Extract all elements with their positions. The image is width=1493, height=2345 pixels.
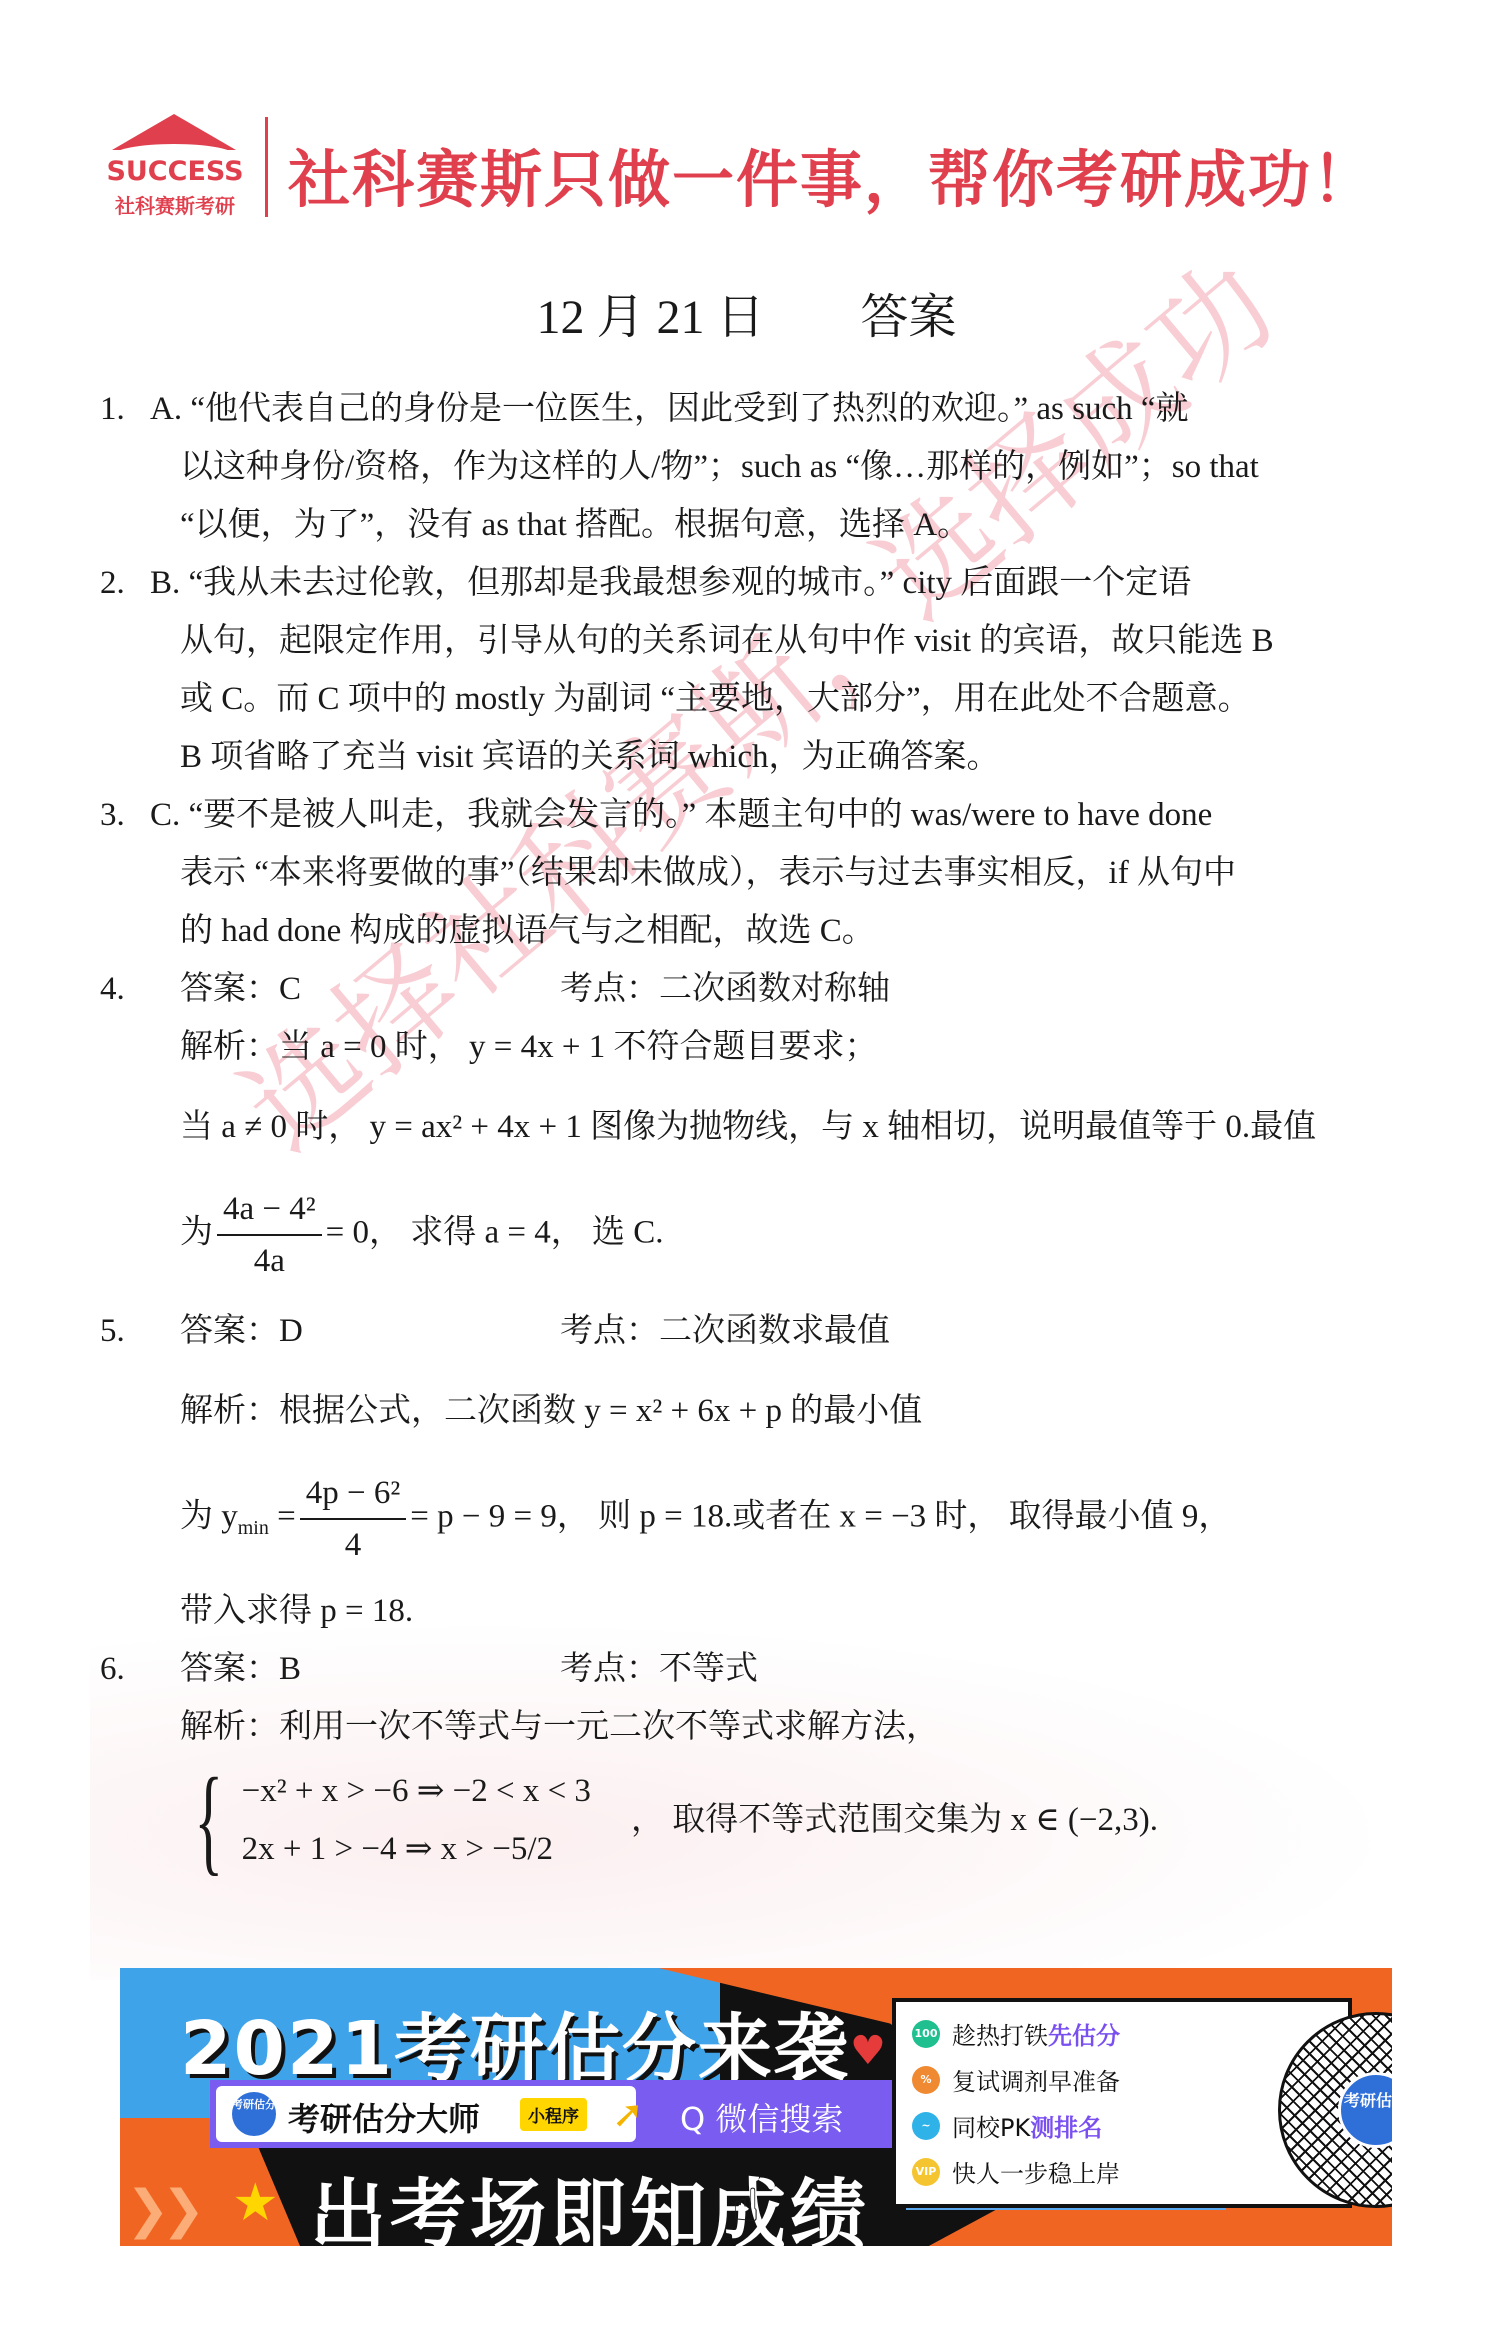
fraction: 4p − 6²4 [300, 1468, 407, 1570]
inequality-system: { −x² + x > −6 ⇒ −2 < x < 3 2x + 1 > −4 … [180, 1762, 1400, 1878]
mini-program-badge: 小程序 [520, 2098, 587, 2131]
analysis-line: 带入求得 p = 18. [180, 1582, 1400, 1640]
feature-text: 趁热打铁 [952, 2016, 1048, 2051]
vip-icon: VIP [912, 2158, 940, 2186]
formula-prefix: 为 [180, 1215, 213, 1251]
text-line: B 项省略了充当 visit 宾语的关系词 which，为正确答案。 [180, 728, 1400, 786]
denominator: 4a [254, 1236, 285, 1286]
page-title: 12 月 21 日 答案 [0, 278, 1493, 347]
app-name: 考研估分大师 [288, 2094, 480, 2140]
text-line: C. “要不是被人叫走，我就会发言的。” 本题主句中的 was/were to … [150, 786, 1400, 844]
system-conclusion: ， 取得不等式范围交集为 x ∈ (−2,3). [631, 1791, 1158, 1849]
trend-icon: ~ [912, 2112, 940, 2140]
formula-suffix: = p − 9 = 9， 则 p = 18.或者在 x = −3 时， 取得最小… [410, 1499, 1231, 1535]
feature-item: % 复试调剂早准备 [912, 2062, 1120, 2097]
feature-item: ~ 同校PK测排名 [912, 2108, 1102, 2143]
question-number: 3. [100, 786, 125, 844]
question-6: 6. 答案：B 考点：不等式 解析：利用一次不等式与一元二次不等式求解方法， {… [100, 1640, 1400, 1878]
question-3: 3. C. “要不是被人叫走，我就会发言的。” 本题主句中的 was/were … [100, 786, 1400, 960]
question-number: 6. [100, 1640, 125, 1698]
question-number: 4. [100, 960, 125, 1018]
success-logo: SUCCESS 社科赛斯考研 [100, 112, 250, 222]
numerator: 4p − 6² [300, 1468, 407, 1520]
analysis-formula: 为 ymin =4p − 6²4= p − 9 = 9， 则 p = 18.或者… [180, 1468, 1400, 1570]
knowledge-point: 考点：二次函数对称轴 [560, 960, 890, 1018]
text-line: 的 had done 构成的虚拟语气与之相配，故选 C。 [180, 902, 1400, 960]
feature-highlight: 测排名 [1030, 2108, 1102, 2143]
numerator: 4a − 4² [217, 1184, 322, 1236]
question-number: 1. [100, 380, 125, 438]
question-number: 2. [100, 554, 125, 612]
page-header: SUCCESS 社科赛斯考研 社科赛斯只做一件事，帮你考研成功！ [100, 112, 1400, 222]
brace: { [194, 1770, 223, 1870]
system-line: −x² + x > −6 ⇒ −2 < x < 3 [242, 1762, 591, 1820]
subscript: min [238, 1517, 269, 1539]
question-4: 4. 答案：C 考点：二次函数对称轴 解析：当 a = 0 时， y = 4x … [100, 960, 1400, 1286]
analysis-line: 解析：利用一次不等式与一元二次不等式求解方法， [180, 1698, 1400, 1756]
denominator: 4 [345, 1520, 362, 1570]
double-chevron-icon: ❯❯ [126, 2180, 197, 2240]
feature-text: 同校PK [952, 2108, 1030, 2143]
question-number: 5. [100, 1302, 125, 1360]
text-line: B. “我从未去过伦敦，但那却是我最想参观的城市。” city 后面跟一个定语 [150, 554, 1400, 612]
answer-row: 答案：C 考点：二次函数对称轴 [180, 960, 1400, 1018]
logo-cn-text: 社科赛斯考研 [100, 190, 250, 219]
answer-row: 答案：D 考点：二次函数求最值 [180, 1302, 1400, 1360]
feature-text: 快人一步稳上岸 [952, 2154, 1120, 2189]
answer-row: 答案：B 考点：不等式 [180, 1640, 1400, 1698]
feature-item: 100 趁热打铁先估分 [912, 2016, 1120, 2051]
feature-highlight: 先估分 [1048, 2016, 1120, 2051]
logo-en-text: SUCCESS [100, 156, 250, 187]
fraction: 4a − 4²4a [217, 1184, 322, 1286]
slogan: 社科赛斯只做一件事，帮你考研成功！ [288, 130, 1376, 219]
score-icon: 100 [912, 2020, 940, 2048]
text-line: “以便，为了”，没有 as that 搭配。根据句意，选择 A。 [180, 496, 1400, 554]
percent-icon: % [912, 2066, 940, 2094]
answer-label: 答案：C [180, 960, 560, 1018]
answer-label: 答案：D [180, 1302, 560, 1360]
text-line: 从句，起限定作用，引导从句的关系词在从句中作 visit 的宾语，故只能选 B [180, 612, 1400, 670]
analysis-line: 解析：当 a = 0 时， y = 4x + 1 不符合题目要求； [180, 1018, 1400, 1076]
text-line: 以这种身份/资格，作为这样的人/物”；such as “像…那样的，例如”；so… [180, 438, 1400, 496]
question-5: 5. 答案：D 考点：二次函数求最值 解析：根据公式，二次函数 y = x² +… [100, 1302, 1400, 1640]
system-line: 2x + 1 > −4 ⇒ x > −5/2 [242, 1820, 591, 1878]
heart-icon: ♥ [850, 2028, 886, 2074]
question-1: 1. A. “他代表自己的身份是一位医生，因此受到了热烈的欢迎。” as suc… [100, 380, 1400, 554]
formula-suffix: = 0， 求得 a = 4， 选 C. [326, 1215, 664, 1251]
ad-banner[interactable]: 2021考研估分来袭 ♥ 考研估分 考研估分大师 小程序 ➚ Q 微信搜索 ❯❯… [120, 1968, 1392, 2246]
text-line: A. “他代表自己的身份是一位医生，因此受到了热烈的欢迎。” as such “… [150, 380, 1400, 438]
analysis-line: 解析：根据公式，二次函数 y = x² + 6x + p 的最小值 [180, 1382, 1400, 1440]
analysis-formula: 为4a − 4²4a= 0， 求得 a = 4， 选 C. [180, 1184, 1400, 1286]
feature-text: 复试调剂早准备 [952, 2062, 1120, 2097]
banner-subheadline: 出考场即知成绩 [310, 2154, 870, 2246]
system-lines: −x² + x > −6 ⇒ −2 < x < 3 2x + 1 > −4 ⇒ … [242, 1762, 591, 1878]
app-logo-icon: 考研估分 [232, 2092, 276, 2136]
wechat-search-label[interactable]: Q 微信搜索 [680, 2094, 843, 2140]
answer-content: 1. A. “他代表自己的身份是一位医生，因此受到了热烈的欢迎。” as suc… [100, 380, 1400, 1878]
knowledge-point: 考点：二次函数求最值 [560, 1302, 890, 1360]
formula-prefix: 为 y [180, 1499, 238, 1535]
text-line: 表示 “本来将要做的事”（结果却未做成），表示与过去事实相反，if 从句中 [180, 844, 1400, 902]
knowledge-point: 考点：不等式 [560, 1640, 758, 1698]
equals: = [269, 1499, 296, 1535]
cursor-arrow-icon: ➚ [612, 2092, 644, 2136]
star-icon: ★ [232, 2173, 279, 2233]
analysis-line: 当 a ≠ 0 时， y = ax² + 4x + 1 图像为抛物线，与 x 轴… [180, 1098, 1400, 1156]
feature-item: VIP 快人一步稳上岸 [912, 2154, 1120, 2189]
pointing-hand-icon: ☝ [732, 2178, 760, 2232]
answer-label: 答案：B [180, 1640, 560, 1698]
text-line: 或 C。而 C 项中的 mostly 为副词 “主要地，大部分”，用在此处不合题… [180, 670, 1400, 728]
header-divider [265, 117, 268, 217]
question-2: 2. B. “我从未去过伦敦，但那却是我最想参观的城市。” city 后面跟一个… [100, 554, 1400, 786]
